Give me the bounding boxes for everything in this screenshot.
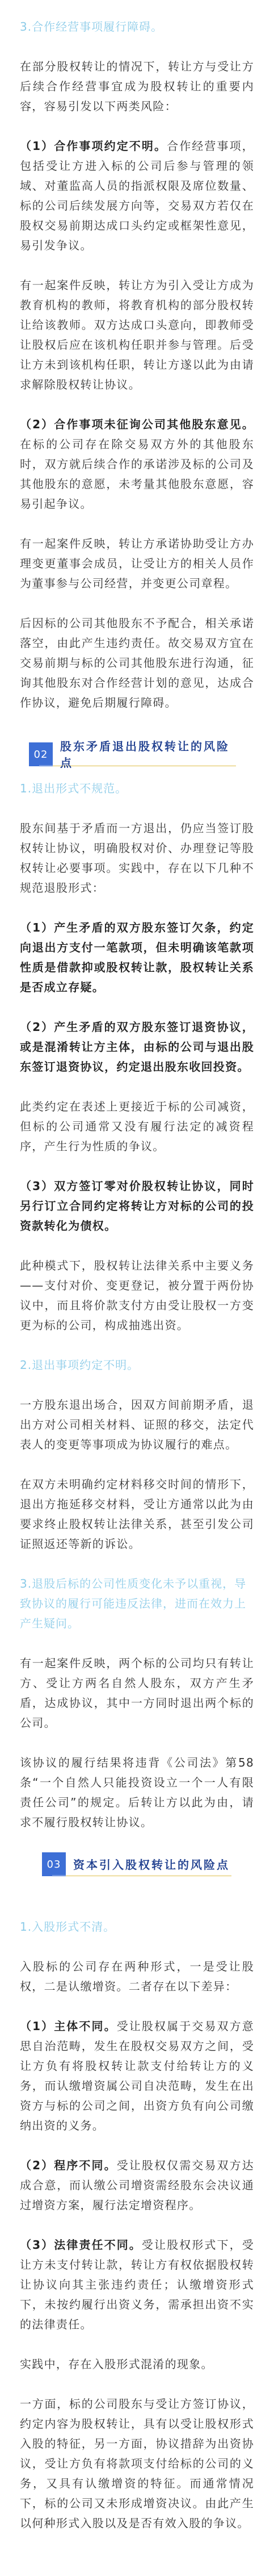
paragraph-diff-2: （2）程序不同。受让股权仅需交易双方达成合意，而认缴公司增资需经股东会决议通过增… bbox=[20, 2156, 254, 2215]
paragraph: 股东间基于矛盾而一方退出，仍应当签订股权转让协议，明确股权对价、办理登记等股权转… bbox=[20, 819, 254, 898]
paragraph-text: 合作经营事项，包括受让方进入标的公司后参与管理的领域、对董监高人员的指派权限及席… bbox=[20, 139, 254, 252]
section-title-bar: 资本引入股权转让的风险点 bbox=[66, 1852, 231, 1876]
paragraph-bold-item-2: （2）产生矛盾的双方股东签订退资协议，或是混淆转让方主体，由标的公司与退出股东签… bbox=[20, 1017, 254, 1077]
paragraph: 在部分股权转让的情况下，转让方与受让方后续合作经营事宜成为股权转让的重要内容，容… bbox=[20, 57, 254, 116]
paragraph: 在双方未明确约定材料移交时间的情形下，退出方拖延移交材料，受让方通常以此为由要求… bbox=[20, 1475, 254, 1554]
paragraph: 实践中，存在入股形式混淆的现象。 bbox=[20, 2354, 254, 2374]
paragraph-risk-2: （2）合作事项未征询公司其他股东意见。在标的公司存在除交易双方外的其他股东时，双… bbox=[20, 415, 254, 514]
paragraph-lead: （2）程序不同。 bbox=[20, 2159, 117, 2172]
paragraph: 此种模式下，股权转让法律关系中主要义务——支付对价、变更登记，被分置于两份协议中… bbox=[20, 1256, 254, 1335]
section-title: 资本引入股权转让的风险点 bbox=[73, 1856, 230, 1872]
paragraph-bold-item-1: （1）产生矛盾的双方股东签订欠条，约定向退出方支付一笔款项，但未明确该笔款项性质… bbox=[20, 918, 254, 997]
paragraph-text: 受让股权形式下，受让方未支付转让款，转让方有权依据股权转让协议向其主张违约责任；… bbox=[20, 2238, 254, 2331]
paragraph-diff-1: （1）主体不同。受让股权属于交易双方意思自治范畴，发生在股权交易双方之间，受让方… bbox=[20, 2016, 254, 2136]
paragraph-case: 有一起案件反映，两个标的公司均只有转让方、受让方两名自然人股东，双方产生矛盾，达… bbox=[20, 1654, 254, 1733]
paragraph-diff-3: （3）法律责任不同。受让股权形式下，受让方未支付转让款，转让方有权依据股权转让协… bbox=[20, 2235, 254, 2335]
section-number-badge: 02 bbox=[29, 742, 53, 766]
paragraph: 一方股东退出场合，因双方间前期矛盾，退出方对公司相关材料、证照的移交，法定代表人… bbox=[20, 1395, 254, 1455]
paragraph-case: 有一起案件反映，转让方承诺协助受让方办理变更董事会成员，让受让方的相关人员作为董… bbox=[20, 534, 254, 594]
subheading-company-nature-change: 3.退股后标的公司性质变化未予以重视，导致协议的履行可能违反法律，进而在效力上产… bbox=[20, 1574, 254, 1634]
paragraph-bold-item-3: （3）双方签订零对价股权转让协议，同时另行订立合同约定将转让方对标的公司的投资款… bbox=[20, 1176, 254, 1236]
paragraph: 入股标的公司存在两种形式，一是受让股权，二是认缴增资。二者存在以下差异： bbox=[20, 1957, 254, 1997]
paragraph-text: 受让股权属于交易双方意思自治范畴，发生在股权交易双方之间，受让方负有将股权转让款… bbox=[20, 2019, 254, 2132]
subheading-exit-matters: 2.退出事项约定不明。 bbox=[20, 1355, 254, 1375]
paragraph: 该协议的履行结果将违背《公司法》第58条“一个自然人只能投资设立一个一人有限责任… bbox=[20, 1753, 254, 1832]
section-title: 股东矛盾退出股权转让的风险点 bbox=[60, 737, 236, 770]
paragraph-lead: （1）主体不同。 bbox=[20, 2019, 117, 2033]
subheading-exit-form: 1.退出形式不规范。 bbox=[20, 779, 254, 799]
section-number-badge: 03 bbox=[42, 1852, 66, 1876]
paragraph-lead: （3）法律责任不同。 bbox=[20, 2238, 142, 2252]
paragraph: 后因标的公司其他股东不予配合，相关承诺落空，由此产生违约责任。故交易双方宜在交易… bbox=[20, 613, 254, 713]
paragraph-case: 有一起案件反映，转让方为引入受让方成为教育机构的教师，将教育机构的部分股权转让给… bbox=[20, 275, 254, 395]
paragraph-lead: （1）合作事项约定不明。 bbox=[20, 139, 167, 153]
subheading-entry-form: 1.入股形式不清。 bbox=[20, 1917, 254, 1937]
paragraph: 此类约定在表述上更接近于标的公司减资，但标的公司通常又没有履行法定的减资程序，产… bbox=[20, 1097, 254, 1157]
paragraph-risk-1: （1）合作事项约定不明。合作经营事项，包括受让方进入标的公司后参与管理的领域、对… bbox=[20, 136, 254, 256]
section-header-03: 03 资本引入股权转让的风险点 bbox=[42, 1852, 231, 1876]
section-header-02: 02 股东矛盾退出股权转让的风险点 bbox=[29, 742, 236, 766]
paragraph-text: 在标的公司存在除交易双方外的其他股东时，双方就后续合作的承诺涉及标的公司及其他股… bbox=[20, 437, 254, 511]
article-body: 3.合作经营事项履行障碍。 在部分股权转让的情况下，转让方与受让方后续合作经营事… bbox=[0, 0, 274, 2576]
section-title-bar: 股东矛盾退出股权转让的风险点 bbox=[53, 742, 236, 766]
paragraph: 一方面，标的公司股东与受让方签订协议，约定内容为股权转让，具有以受让股权形式入股… bbox=[20, 2394, 254, 2533]
subheading-cooperation-obstacles: 3.合作经营事项履行障碍。 bbox=[20, 17, 254, 37]
paragraph-lead: （2）合作事项未征询公司其他股东意见。 bbox=[20, 417, 254, 431]
